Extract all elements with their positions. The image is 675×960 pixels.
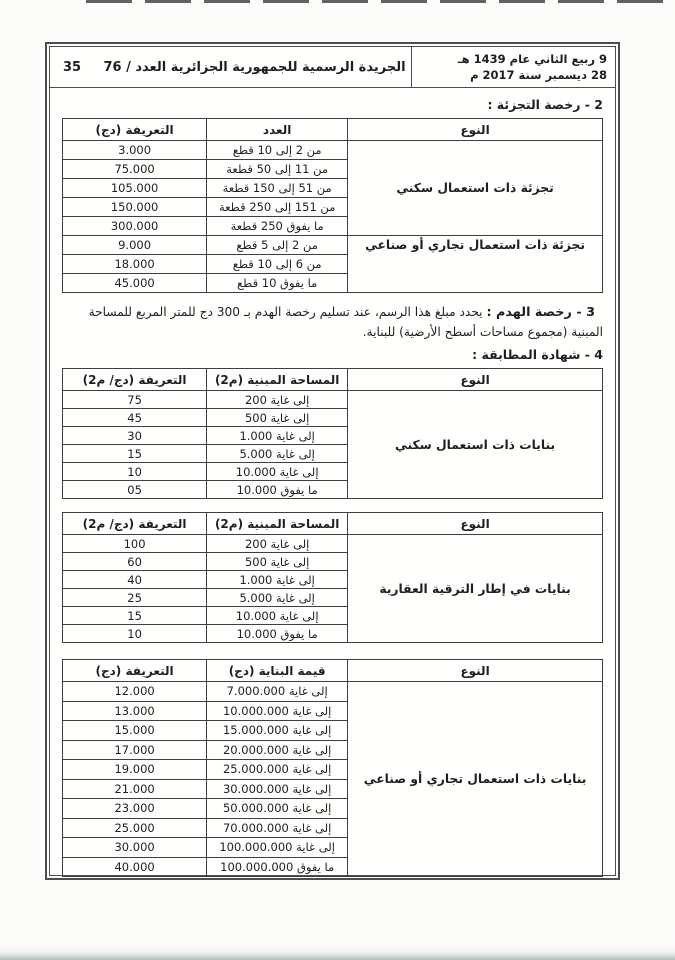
range-cell: إلى غاية 10.000.000 (207, 701, 348, 721)
tariff-cell: 40 (63, 571, 207, 589)
range-cell: إلى غاية 500 (207, 553, 348, 571)
tariff-cell: 15 (63, 607, 207, 625)
tariff-cell: 15 (63, 445, 207, 463)
table-header-row: النوعالمساحة المبنية (م2)التعريفة (دج/ م… (63, 369, 603, 391)
range-cell: إلى غاية 7.000.000 (207, 682, 348, 702)
column-header: التعريفة (دج) (63, 119, 207, 141)
column-header: النوع (348, 369, 603, 391)
range-cell: إلى غاية 200 (207, 535, 348, 553)
table-row: تجزئة ذات استعمال سكنيمن 2 إلى 10 قطع3.0… (63, 141, 603, 160)
column-header: المساحة المبنية (م2) (207, 369, 348, 391)
column-header: التعريفة (دج) (63, 660, 207, 682)
table-header-row: النوعقيمة البناية (دج)التعريفة (دج) (63, 660, 603, 682)
tariff-cell: 9.000 (63, 236, 207, 255)
column-header: العدد (207, 119, 348, 141)
tariff-cell: 25.000 (63, 818, 207, 838)
column-header: المساحة المبنية (م2) (207, 513, 348, 535)
scan-artifact-bottom (0, 942, 675, 960)
range-cell: إلى غاية 25.000.000 (207, 760, 348, 780)
tariff-cell: 30.000 (63, 838, 207, 858)
range-cell: من 51 إلى 150 قطعة (207, 179, 348, 198)
tariff-cell: 30 (63, 427, 207, 445)
page-frame-inner: 9 ربيع الثاني عام 1439 هـ 28 ديسمبر سنة … (49, 46, 616, 876)
section-2-title: 2 - رخصة التجزئة : (62, 96, 603, 114)
range-cell: إلى غاية 5.000 (207, 589, 348, 607)
tariff-cell: 21.000 (63, 779, 207, 799)
table-row: بنايات ذات استعمال سكنيإلى غاية 20075 (63, 391, 603, 409)
tariff-cell: 75.000 (63, 160, 207, 179)
tariff-cell: 300.000 (63, 217, 207, 236)
tariff-cell: 60 (63, 553, 207, 571)
tariff-cell: 40.000 (63, 857, 207, 877)
page-frame: 9 ربيع الثاني عام 1439 هـ 28 ديسمبر سنة … (45, 42, 620, 880)
range-cell: ما يفوق 10 قطع (207, 274, 348, 293)
range-cell: ما يفوق 100.000.000 (207, 857, 348, 877)
range-cell: إلى غاية 500 (207, 409, 348, 427)
column-header: النوع (348, 119, 603, 141)
tariff-cell: 45 (63, 409, 207, 427)
conformity-promotion-table: النوعالمساحة المبنية (م2)التعريفة (دج/ م… (62, 512, 603, 643)
section-3-title: 3 - رخصة الهدم : (486, 305, 595, 320)
table-header-row: النوعالمساحة المبنية (م2)التعريفة (دج/ م… (63, 513, 603, 535)
range-cell: إلى غاية 1.000 (207, 427, 348, 445)
range-cell: إلى غاية 30.000.000 (207, 779, 348, 799)
table-row: بنايات في إطار الترقية العقاريةإلى غاية … (63, 535, 603, 553)
tariff-cell: 45.000 (63, 274, 207, 293)
range-cell: من 151 إلى 250 قطعة (207, 198, 348, 217)
range-cell: إلى غاية 70.000.000 (207, 818, 348, 838)
tariff-cell: 100 (63, 535, 207, 553)
column-header: التعريفة (دج/ م2) (63, 369, 207, 391)
type-group-cell: بنايات في إطار الترقية العقارية (348, 535, 603, 643)
range-cell: إلى غاية 1.000 (207, 571, 348, 589)
range-cell: من 11 إلى 50 قطعة (207, 160, 348, 179)
section-4-title: 4 - شهادة المطابقة : (62, 346, 603, 364)
range-cell: إلى غاية 100.000.000 (207, 838, 348, 858)
type-group-cell: بنايات ذات استعمال سكني (348, 391, 603, 499)
column-header: النوع (348, 513, 603, 535)
range-cell: إلى غاية 20.000.000 (207, 740, 348, 760)
tariff-cell: 150.000 (63, 198, 207, 217)
tariff-cell: 05 (63, 481, 207, 499)
tariff-cell: 12.000 (63, 682, 207, 702)
tariff-cell: 10 (63, 625, 207, 643)
journal-header: 9 ربيع الثاني عام 1439 هـ 28 ديسمبر سنة … (50, 47, 615, 88)
range-cell: من 6 إلى 10 قطع (207, 255, 348, 274)
type-group-cell: بنايات ذات استعمال تجاري أو صناعي (348, 682, 603, 877)
date-hijri: 9 ربيع الثاني عام 1439 هـ (412, 51, 607, 67)
column-header: قيمة البناية (دج) (207, 660, 348, 682)
tariff-cell: 75 (63, 391, 207, 409)
range-cell: ما يفوق 10.000 (207, 625, 348, 643)
type-group-cell: تجزئة ذات استعمال تجاري أو صناعي (348, 236, 603, 293)
journal-title: الجريدة الرسمية للجمهورية الجزائرية العد… (98, 47, 411, 87)
table-row: تجزئة ذات استعمال تجاري أو صناعيمن 2 إلى… (63, 236, 603, 255)
tariff-cell: 23.000 (63, 799, 207, 819)
range-cell: إلى غاية 10.000 (207, 607, 348, 625)
range-cell: إلى غاية 5.000 (207, 445, 348, 463)
tariff-cell: 19.000 (63, 760, 207, 780)
page-number: 35 (50, 47, 98, 87)
type-group-cell: تجزئة ذات استعمال سكني (348, 141, 603, 236)
conformity-commercial-table: النوعقيمة البناية (دج)التعريفة (دج)بنايا… (62, 659, 603, 877)
table-header-row: النوعالعددالتعريفة (دج) (63, 119, 603, 141)
conformity-residential-table: النوعالمساحة المبنية (م2)التعريفة (دج/ م… (62, 368, 603, 499)
range-cell: إلى غاية 50.000.000 (207, 799, 348, 819)
range-cell: ما يفوق 250 قطعة (207, 217, 348, 236)
column-header: التعريفة (دج/ م2) (63, 513, 207, 535)
range-cell: إلى غاية 10.000 (207, 463, 348, 481)
range-cell: ما يفوق 10.000 (207, 481, 348, 499)
range-cell: من 2 إلى 5 قطع (207, 236, 348, 255)
date-gregorian: 28 ديسمبر سنة 2017 م (412, 67, 607, 83)
column-header: النوع (348, 660, 603, 682)
tariff-cell: 25 (63, 589, 207, 607)
tariff-cell: 13.000 (63, 701, 207, 721)
subdivision-permit-table: النوعالعددالتعريفة (دج)تجزئة ذات استعمال… (62, 118, 603, 293)
tariff-cell: 3.000 (63, 141, 207, 160)
tariff-cell: 10 (63, 463, 207, 481)
header-date-block: 9 ربيع الثاني عام 1439 هـ 28 ديسمبر سنة … (411, 47, 615, 87)
range-cell: من 2 إلى 10 قطع (207, 141, 348, 160)
page-content: 2 - رخصة التجزئة : النوعالعددالتعريفة (د… (50, 88, 615, 877)
table-row: بنايات ذات استعمال تجاري أو صناعيإلى غاي… (63, 682, 603, 702)
tariff-cell: 18.000 (63, 255, 207, 274)
range-cell: إلى غاية 200 (207, 391, 348, 409)
tariff-cell: 15.000 (63, 721, 207, 741)
tariff-cell: 17.000 (63, 740, 207, 760)
section-3-paragraph: 3 - رخصة الهدم : يحدد مبلغ هذا الرسم، عن… (62, 303, 603, 342)
scan-artifact-top (86, 0, 675, 3)
tariff-cell: 105.000 (63, 179, 207, 198)
range-cell: إلى غاية 15.000.000 (207, 721, 348, 741)
